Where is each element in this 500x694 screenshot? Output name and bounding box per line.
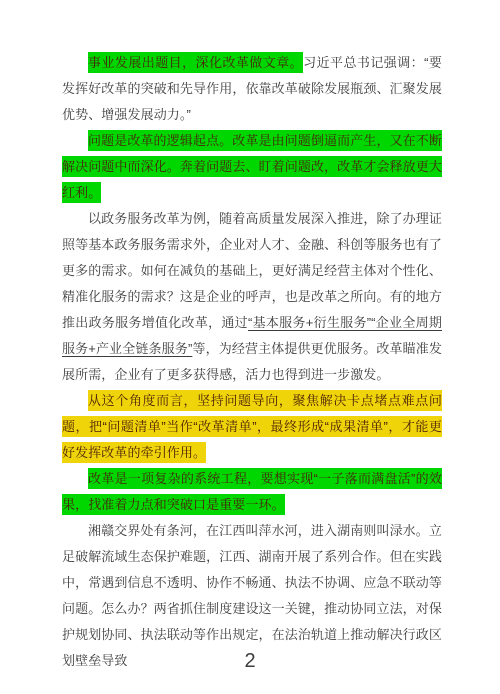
paragraph: 改革是一项复杂的系统工程，要想实现“一子落而满盘活”的效果，找准着力点和突破口是… — [62, 466, 442, 518]
document-page: 事业发展出题目，深化改革做文章。习近平总书记强调：“要发挥好改革的突破和先导作用… — [0, 0, 500, 694]
green-highlighted-text: 问题是改革的逻辑起点。改革是由问题倒逼而产生，又在不断解决问题中而深化。奔着问题… — [62, 130, 442, 203]
text-segment: 湘赣交界处有条河，在江西叫萍水河，进入湖南则叫渌水。立足破解流域生态保护难题，江… — [62, 523, 442, 668]
paragraph: 从这个角度而言，坚持问题导向，聚焦解决卡点堵点难点问题，把“问题清单”当作“改革… — [62, 388, 442, 466]
text-segment: 以政务服务改革为例，随着高质量发展深入推进，除了办理证照等基本政务服务需求外，企… — [62, 211, 442, 330]
paragraph: 问题是改革的逻辑起点。改革是由问题倒逼而产生，又在不断解决问题中而深化。奔着问题… — [62, 128, 442, 206]
paragraph: 事业发展出题目，深化改革做文章。习近平总书记强调：“要发挥好改革的突破和先导作用… — [62, 50, 442, 128]
green-highlighted-text: 改革是一项复杂的系统工程，要想实现“一子落而满盘活”的效果，找准着力点和突破口是… — [62, 468, 442, 515]
green-highlighted-text: 事业发展出题目，深化改革做文章。 — [88, 52, 303, 73]
page-number: 2 — [0, 650, 500, 673]
yellow-highlighted-text: 从这个角度而言，坚持问题导向，聚焦解决卡点堵点难点问题，把“问题清单”当作“改革… — [62, 390, 442, 463]
paragraph: 以政务服务改革为例，随着高质量发展深入推进，除了办理证照等基本政务服务需求外，企… — [62, 206, 442, 388]
document-text: 事业发展出题目，深化改革做文章。习近平总书记强调：“要发挥好改革的突破和先导作用… — [62, 50, 442, 674]
